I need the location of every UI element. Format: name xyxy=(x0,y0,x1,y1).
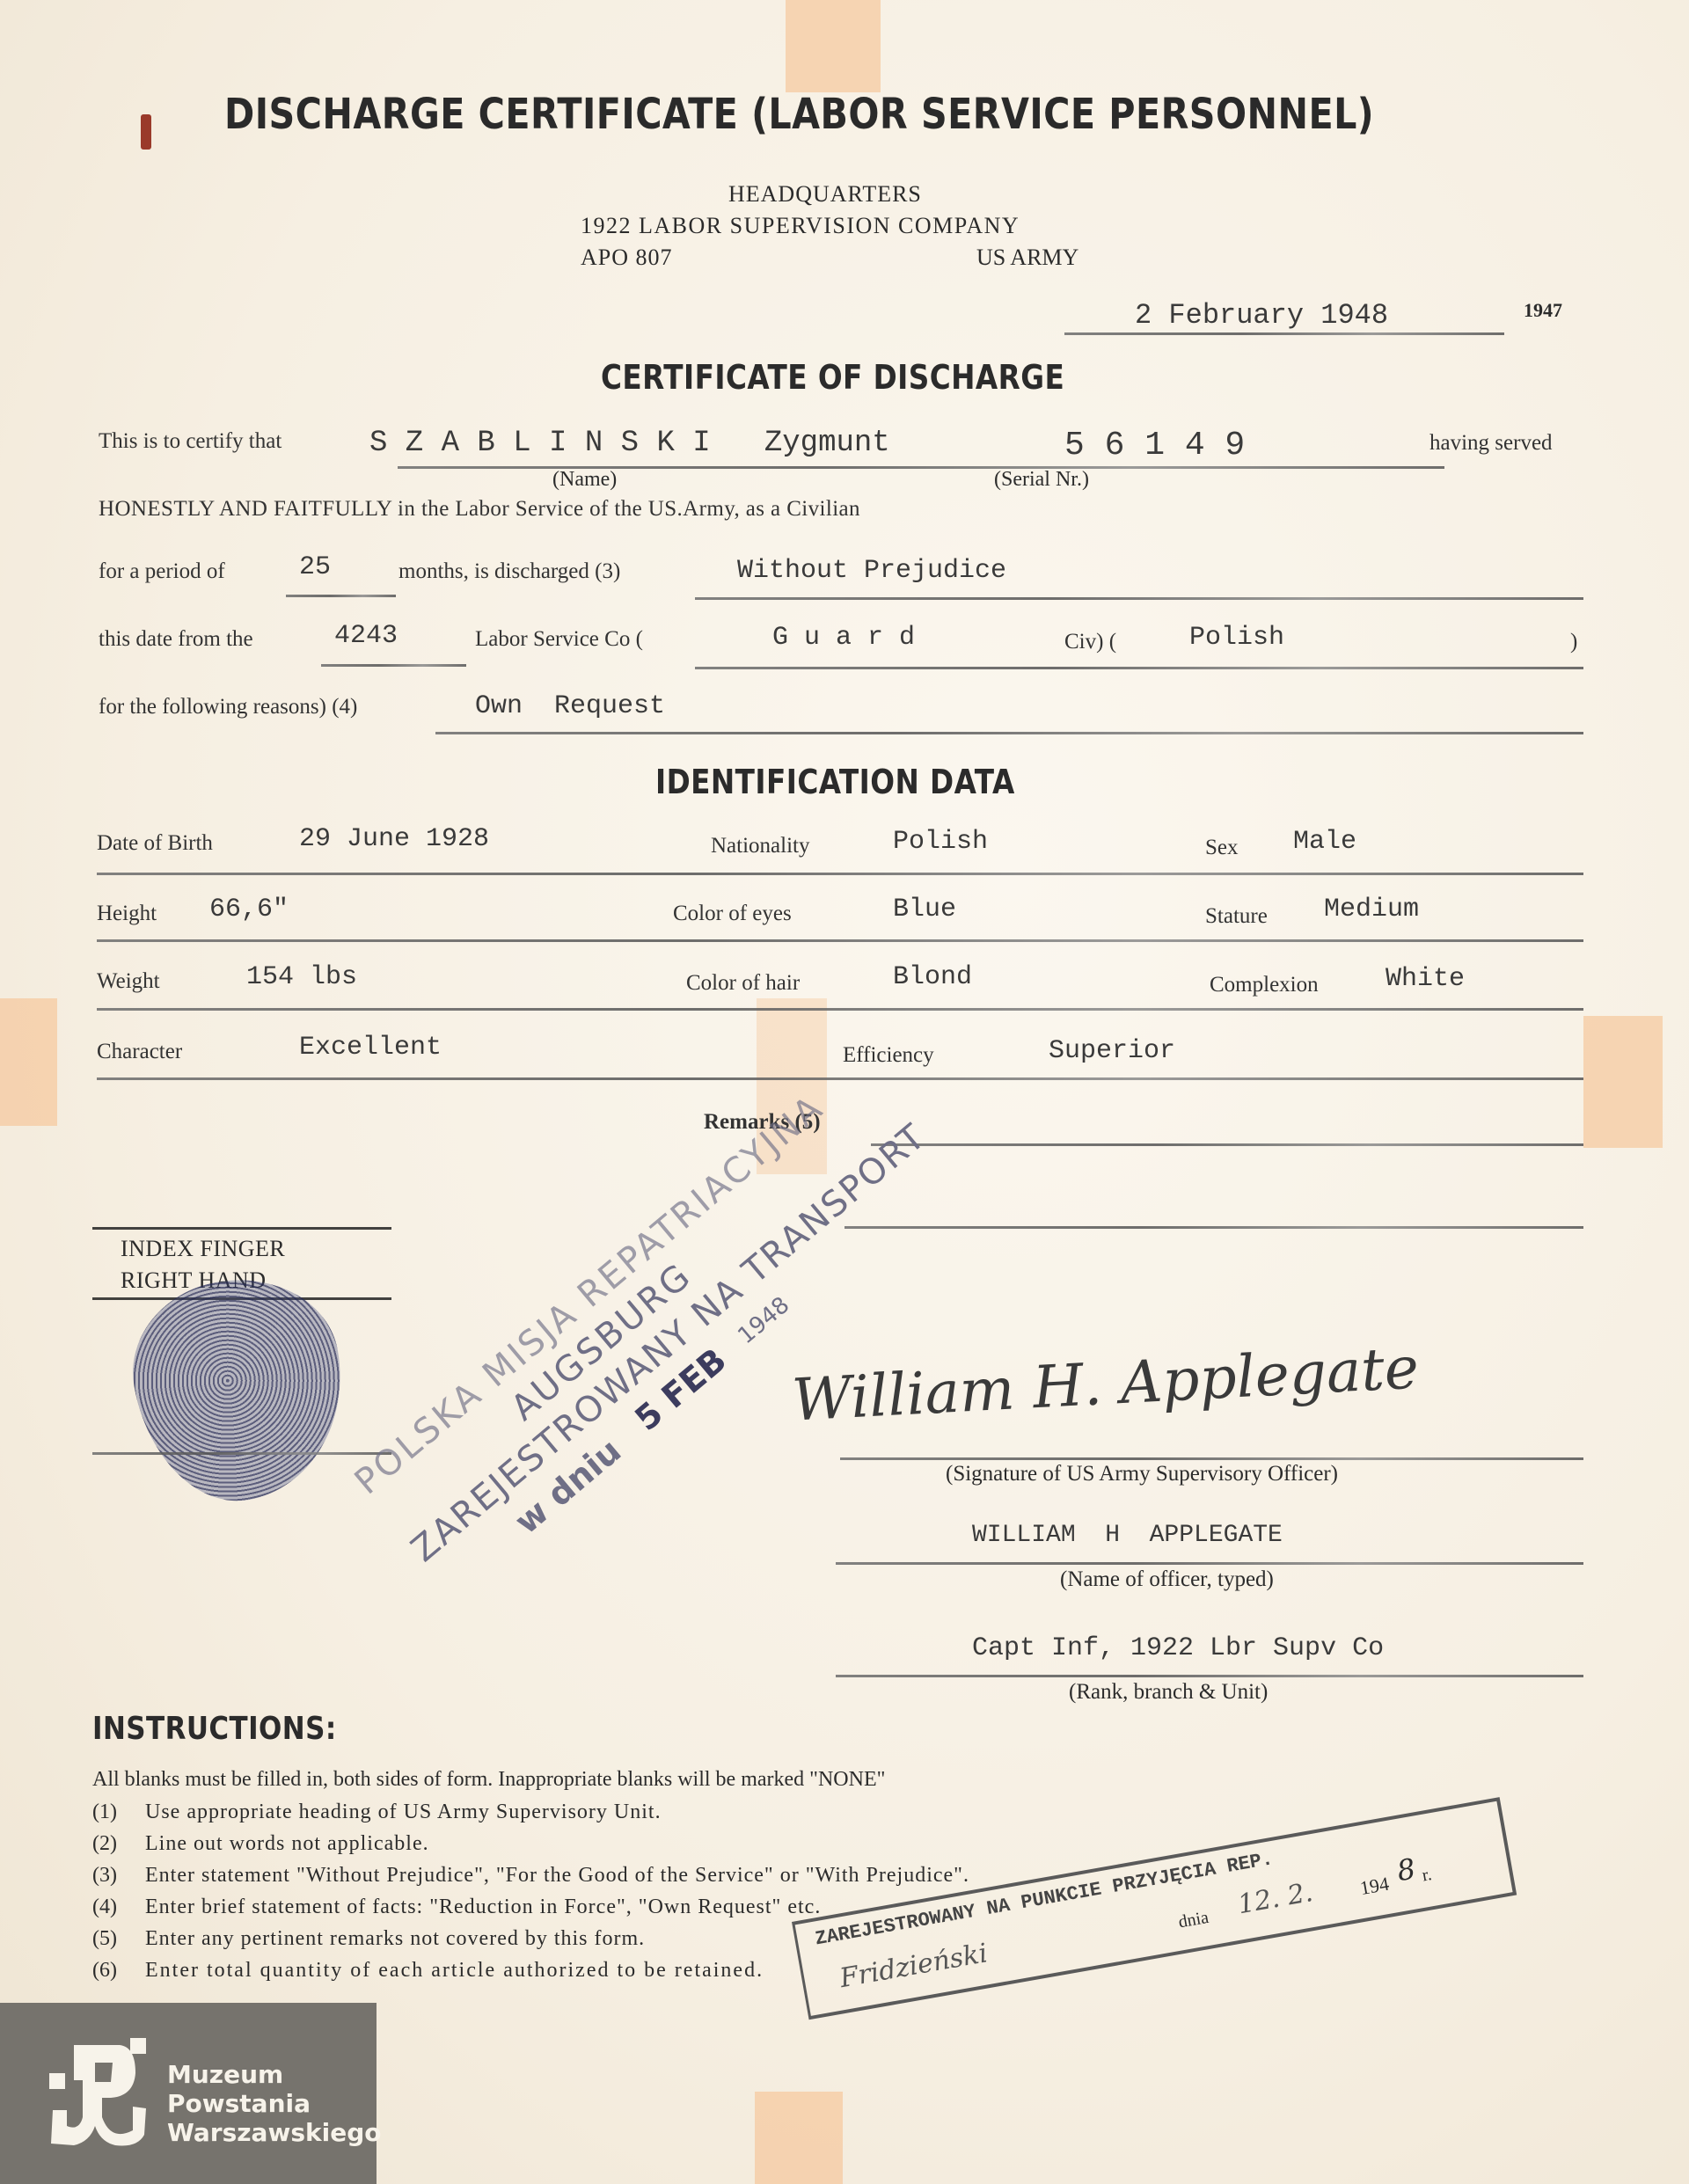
museum-name-line-1: Muzeum xyxy=(167,2060,381,2089)
signature-underline xyxy=(840,1457,1583,1460)
stamp-line-1: POLSKA MISJA REPATRIACYJNA xyxy=(347,1087,832,1502)
instruction-text: Line out words not applicable. xyxy=(145,1832,429,1855)
instruction-item: (2)Line out words not applicable. xyxy=(92,1832,969,1864)
nationality-value: Polish xyxy=(893,827,988,857)
complexion-label: Complexion xyxy=(1210,973,1319,997)
serial-number: 5 6 1 4 9 xyxy=(1064,427,1245,464)
company-mid: Labor Service Co ( xyxy=(475,627,643,652)
hair-label: Color of hair xyxy=(686,971,800,996)
row3-underline xyxy=(97,1008,1583,1011)
sex-value: Male xyxy=(1293,827,1356,857)
box-stamp-year-digit: 8 xyxy=(1394,1852,1418,1888)
nationality-label: Nationality xyxy=(711,834,809,858)
eyes-value: Blue xyxy=(893,895,956,924)
period-underline xyxy=(286,595,396,597)
date-underline xyxy=(1064,332,1504,335)
section-title-certificate: CERTIFICATE OF DISCHARGE xyxy=(601,358,1064,397)
weight-value: 154 lbs xyxy=(246,962,357,992)
tape-right xyxy=(1583,1016,1663,1148)
typed-name-underline xyxy=(836,1562,1583,1565)
fingerprint-label-1: INDEX FINGER xyxy=(121,1236,285,1262)
efficiency-label: Efficiency xyxy=(843,1043,934,1068)
discharge-type-underline xyxy=(695,597,1583,600)
document-title: DISCHARGE CERTIFICATE (LABOR SERVICE PER… xyxy=(224,90,1374,139)
instruction-item: (3)Enter statement "Without Prejudice", … xyxy=(92,1864,969,1895)
row2-underline xyxy=(97,939,1583,942)
fingerprint-impression xyxy=(119,1263,361,1516)
header-company: 1922 LABOR SUPERVISION COMPANY xyxy=(581,213,1020,239)
period-mid: months, is discharged (3) xyxy=(398,559,620,584)
reasons-underline xyxy=(435,732,1583,734)
company-number-underline xyxy=(321,664,466,667)
museum-logo-icon xyxy=(49,2038,155,2148)
header-apo: APO 807 xyxy=(581,245,673,271)
sex-label: Sex xyxy=(1205,836,1239,860)
company-number: 4243 xyxy=(334,621,398,651)
instruction-text: Enter total quantity of each article aut… xyxy=(145,1959,764,1982)
instruction-num: (6) xyxy=(92,1959,145,1983)
instruction-num: (4) xyxy=(92,1895,145,1919)
discharged-name: S Z A B L I N S K I Zygmunt xyxy=(369,427,890,460)
weight-label: Weight xyxy=(97,969,160,994)
reasons-prefix: for the following reasons) (4) xyxy=(99,695,357,719)
ink-mark xyxy=(141,114,151,150)
box-stamp-year: 194 xyxy=(1358,1873,1391,1900)
height-label: Height xyxy=(97,902,157,926)
civ-value: Polish xyxy=(1189,623,1284,653)
company-type-underline xyxy=(695,667,1583,669)
certify-prefix: This is to certify that xyxy=(99,429,281,454)
dob-label: Date of Birth xyxy=(97,831,213,856)
height-value: 66,6" xyxy=(209,895,289,924)
officer-typed-name: WILLIAM H APPLEGATE xyxy=(972,1522,1283,1549)
reasons-value: Own Request xyxy=(475,691,665,721)
fingerprint-box: INDEX FINGER RIGHT HAND xyxy=(92,1227,391,1456)
character-value: Excellent xyxy=(299,1033,442,1063)
stature-value: Medium xyxy=(1324,895,1419,924)
company-type: G u a r d xyxy=(772,623,915,653)
character-label: Character xyxy=(97,1040,182,1064)
discharge-type: Without Prejudice xyxy=(737,556,1006,586)
dob-value: 29 June 1928 xyxy=(299,824,489,854)
remarks-underline-1 xyxy=(871,1143,1583,1146)
row1-underline xyxy=(97,873,1583,875)
from-prefix: this date from the xyxy=(99,627,253,652)
typed-name-caption: (Name of officer, typed) xyxy=(1060,1567,1274,1592)
fingerprint-top-line xyxy=(92,1227,391,1230)
character-underline xyxy=(97,1077,1583,1080)
stature-label: Stature xyxy=(1205,904,1268,929)
document-page: DISCHARGE CERTIFICATE (LABOR SERVICE PER… xyxy=(0,0,1689,2184)
tape-bottom xyxy=(755,2092,843,2184)
instruction-item: (1)Use appropriate heading of US Army Su… xyxy=(92,1801,969,1832)
instructions-title: INSTRUCTIONS: xyxy=(92,1711,337,1747)
certify-suffix: having served xyxy=(1429,431,1553,456)
box-stamp-r: r. xyxy=(1421,1865,1433,1886)
museum-watermark: Muzeum Powstania Warszawskiego xyxy=(0,2003,377,2184)
efficiency-value: Superior xyxy=(1049,1036,1175,1066)
instruction-text: Enter brief statement of facts: "Reducti… xyxy=(145,1895,821,1918)
stamp-line-3: ZAREJESTROWANY NA TRANSPORT xyxy=(404,1116,934,1570)
instruction-num: (5) xyxy=(92,1927,145,1951)
museum-name-line-3: Warszawskiego xyxy=(167,2118,381,2147)
officer-signature: William H. Applegate xyxy=(790,1333,1420,1434)
instruction-num: (1) xyxy=(92,1801,145,1824)
museum-name: Muzeum Powstania Warszawskiego xyxy=(167,2060,381,2147)
complexion-value: White xyxy=(1386,964,1465,994)
header-headquarters: HEADQUARTERS xyxy=(728,181,922,208)
hair-value: Blond xyxy=(893,962,972,992)
instruction-num: (2) xyxy=(92,1832,145,1856)
name-caption: (Name) xyxy=(552,468,617,492)
box-stamp-dnia: dnia xyxy=(1177,1908,1210,1933)
eyes-label: Color of eyes xyxy=(673,902,792,926)
instruction-text: Enter statement "Without Prejudice", "Fo… xyxy=(145,1864,969,1887)
section-title-identification: IDENTIFICATION DATA xyxy=(655,763,1015,801)
civ-label: Civ) ( xyxy=(1064,630,1116,654)
instruction-num: (3) xyxy=(92,1864,145,1888)
period-prefix: for a period of xyxy=(99,559,225,584)
box-stamp-date: 12. 2. xyxy=(1235,1877,1315,1920)
officer-rank: Capt Inf, 1922 Lbr Supv Co xyxy=(972,1633,1384,1663)
period-value: 25 xyxy=(299,552,331,582)
tape-top xyxy=(786,0,881,92)
civ-close: ) xyxy=(1570,630,1577,654)
repatriation-stamp: POLSKA MISJA REPATRIACYJNA AUGSBURG ZARE… xyxy=(340,1070,961,1640)
instruction-text: Enter any pertinent remarks not covered … xyxy=(145,1927,645,1950)
serial-caption: (Serial Nr.) xyxy=(994,468,1089,492)
signature-caption: (Signature of US Army Supervisory Office… xyxy=(946,1462,1338,1486)
rank-caption: (Rank, branch & Unit) xyxy=(1069,1680,1268,1705)
instruction-text: Use appropriate heading of US Army Super… xyxy=(145,1801,662,1823)
header-army: US ARMY xyxy=(976,245,1078,271)
rank-underline xyxy=(836,1675,1583,1677)
tape-left xyxy=(0,998,57,1126)
certificate-date: 2 February 1948 xyxy=(1135,299,1388,332)
museum-name-line-2: Powstania xyxy=(167,2089,381,2118)
box-stamp-signature: Fridzieński xyxy=(837,1938,990,1994)
instructions-intro: All blanks must be filled in, both sides… xyxy=(92,1768,885,1792)
fingerprint-bottom-line xyxy=(92,1452,391,1455)
struck-year: 1947 xyxy=(1524,299,1562,322)
certify-line2: HONESTLY AND FAITFULLY in the Labor Serv… xyxy=(99,497,860,522)
